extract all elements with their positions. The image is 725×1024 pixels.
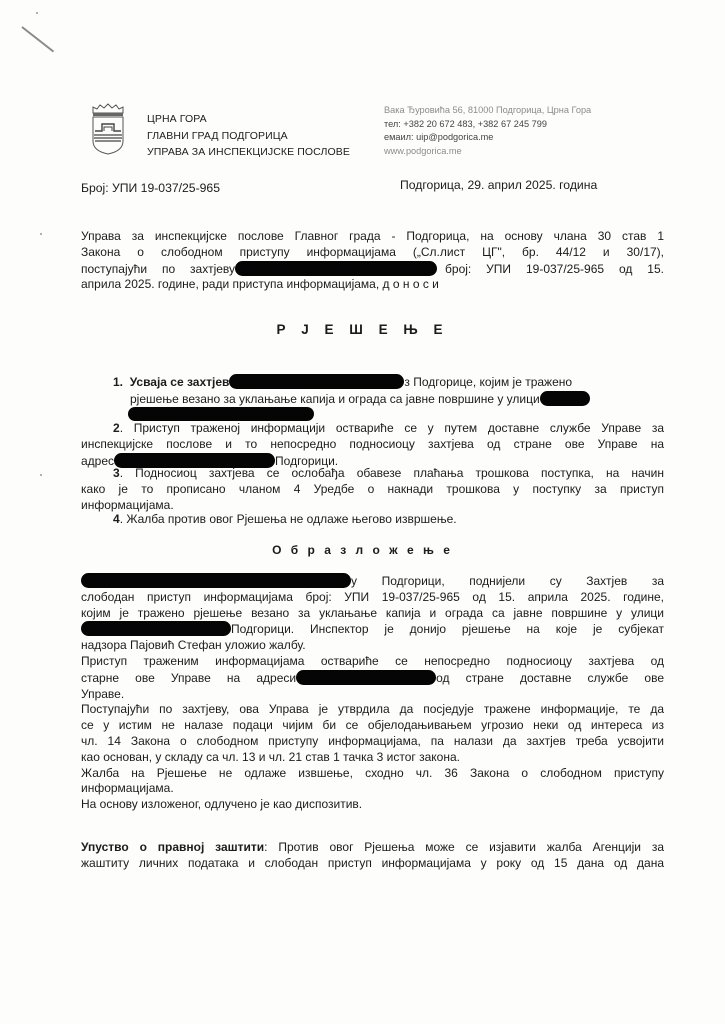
text: д о н о с и <box>383 277 439 291</box>
reasoning-line: надзора Пајовић Стефан уложио жалбу. <box>81 638 664 654</box>
text: рјешење везано за уклањање капија и огра… <box>130 392 540 406</box>
reasoning-line: слободан приступ информацијама број: УПИ… <box>81 590 664 606</box>
contact-website: www.podgorica.me <box>384 145 591 159</box>
reasoning-line: Управе. <box>81 687 664 703</box>
notice-line: Упуство о правној заштити: Против овог Р… <box>81 840 664 856</box>
reasoning-line: Жалба на Рјешење не одлаже извшење, сход… <box>81 766 664 782</box>
text: . Жалба против овог Рјешења не одлаже ње… <box>120 512 457 526</box>
legal-notice: Упуство о правној заштити: Против овог Р… <box>81 840 664 872</box>
reasoning-line: информацијама. <box>81 781 664 797</box>
decision-item-4: 4. Жалба против овог Рјешења не одлаже њ… <box>81 512 664 528</box>
decision-item-1: 1. Усваја се захтјевз Подгорице, којим ј… <box>113 374 658 408</box>
reasoning-title: О б р а з л о ж е њ е <box>0 543 725 557</box>
text: Усваја се захтјев <box>130 375 230 389</box>
text: старне ове Управе на адреси <box>81 671 296 685</box>
text: : Против овог Рјешења може се изјавити ж… <box>264 840 664 854</box>
item-line: инспекцијске послове и то непосредно под… <box>81 437 664 453</box>
text: број: УПИ 19-037/25-965 од 15. <box>445 262 664 276</box>
reasoning-line: чл. 14 Закона о слободном приступу инфор… <box>81 734 664 750</box>
reasoning-line: у Подгорици, поднијели су Захтјев за <box>81 573 664 590</box>
scan-speck <box>40 233 42 235</box>
intro-line: Закона о слободном приступу информацијам… <box>81 245 664 261</box>
text: у Подгорици, поднијели су Захтјев за <box>351 574 664 588</box>
contact-block: Вака Ђуровића 56, 81000 Подгорица, Црна … <box>384 104 591 158</box>
reasoning-line: Приступ траженим информацијама оствариће… <box>81 654 664 670</box>
reasoning-line: старне ове Управе на адресиод стране дос… <box>81 670 664 687</box>
item-line: 1. Усваја се захтјевз Подгорице, којим ј… <box>113 374 658 391</box>
reasoning-line: На основу изложеног, одлучено је као дис… <box>81 797 664 813</box>
item-line: 3. Подносиоц захтјева се ослобађа обавез… <box>81 466 664 482</box>
text: з Подгорице, којим је тражено <box>404 375 572 389</box>
scan-speck <box>40 474 42 476</box>
reasoning-line: којим је тражено рјешење везано за уклањ… <box>81 606 664 622</box>
text: Подгорици. Инспектор је донијо рјешење н… <box>231 622 664 636</box>
item-number: 3 <box>113 466 120 480</box>
intro-line: априла 2025. године, ради приступа инфор… <box>81 277 664 293</box>
item-number: 4 <box>113 512 120 526</box>
intro-line: Управа за инспекцијске послове Главног г… <box>81 229 664 245</box>
reasoning-line: као основан, у складу са чл. 13 и чл. 21… <box>81 750 664 766</box>
reference-number: Број: УПИ 19-037/25-965 <box>81 181 220 195</box>
redaction <box>81 573 351 588</box>
scan-artifact <box>21 26 54 52</box>
item-line: 4. Жалба против овог Рјешења не одлаже њ… <box>81 512 664 528</box>
redaction <box>235 261 437 276</box>
org-line-department: УПРАВА ЗА ИНСПЕКЦИЈСКЕ ПОСЛОВЕ <box>147 144 350 161</box>
notice-heading: Упуство о правној заштити <box>81 840 264 854</box>
reasoning-line: Поступајући по захтјеву, ова Управа је у… <box>81 702 664 718</box>
item-line: рјешење везано за уклањање капија и огра… <box>113 391 658 408</box>
document-date: Подгорица, 29. април 2025. година <box>400 178 597 192</box>
contact-address: Вака Ђуровића 56, 81000 Подгорица, Црна … <box>384 104 591 118</box>
decision-item-2: 2. Приступ траженој информацији остварић… <box>81 421 664 469</box>
reasoning-paragraph: у Подгорици, поднијели су Захтјев за сло… <box>81 573 664 813</box>
redaction <box>229 374 404 389</box>
reasoning-line: Подгорици. Инспектор је донијо рјешење н… <box>81 621 664 638</box>
redaction <box>296 670 436 685</box>
text: поступајући по захтјеву <box>81 262 235 276</box>
decision-item-3: 3. Подносиоц захтјева се ослобађа обавез… <box>81 466 664 513</box>
text: од стране доставне службе ове <box>436 671 664 685</box>
organization-name: ЦРНА ГОРА ГЛАВНИ ГРАД ПОДГОРИЦА УПРАВА З… <box>147 111 350 161</box>
text: . Подносиоц захтјева се ослобађа обавезе… <box>120 466 664 480</box>
item-line: како је то прописано чланом 4 Уредбе о н… <box>81 482 664 498</box>
contact-phone: тел: +382 20 672 483, +382 67 245 799 <box>384 118 591 132</box>
item-line: 2. Приступ траженој информацији остварић… <box>81 421 664 437</box>
org-line-city: ГЛАВНИ ГРАД ПОДГОРИЦА <box>147 128 350 145</box>
decision-title: Р Ј Е Ш Е Њ Е <box>0 322 725 337</box>
text: . Приступ траженој информацији оствариће… <box>120 421 664 435</box>
intro-line: поступајући по захтјевуброј: УПИ 19-037/… <box>81 261 664 278</box>
scan-speck <box>36 12 38 14</box>
item-number: 2 <box>113 421 120 435</box>
org-line-country: ЦРНА ГОРА <box>147 111 350 128</box>
text: априла 2025. године, ради приступа инфор… <box>81 277 379 291</box>
intro-paragraph: Управа за инспекцијске послове Главног г… <box>81 229 664 293</box>
item-number: 1. <box>113 375 123 389</box>
notice-line: жаштиту личних података и слободан прист… <box>81 856 664 872</box>
contact-email: емаил: uip@podgorica.me <box>384 131 591 145</box>
city-crest-icon <box>90 103 126 155</box>
reasoning-line: се у истим не налазе подаци чијим би се … <box>81 718 664 734</box>
redaction <box>540 391 590 406</box>
redaction <box>128 407 314 421</box>
redaction <box>81 621 231 636</box>
document-page: ЦРНА ГОРА ГЛАВНИ ГРАД ПОДГОРИЦА УПРАВА З… <box>0 0 725 1024</box>
